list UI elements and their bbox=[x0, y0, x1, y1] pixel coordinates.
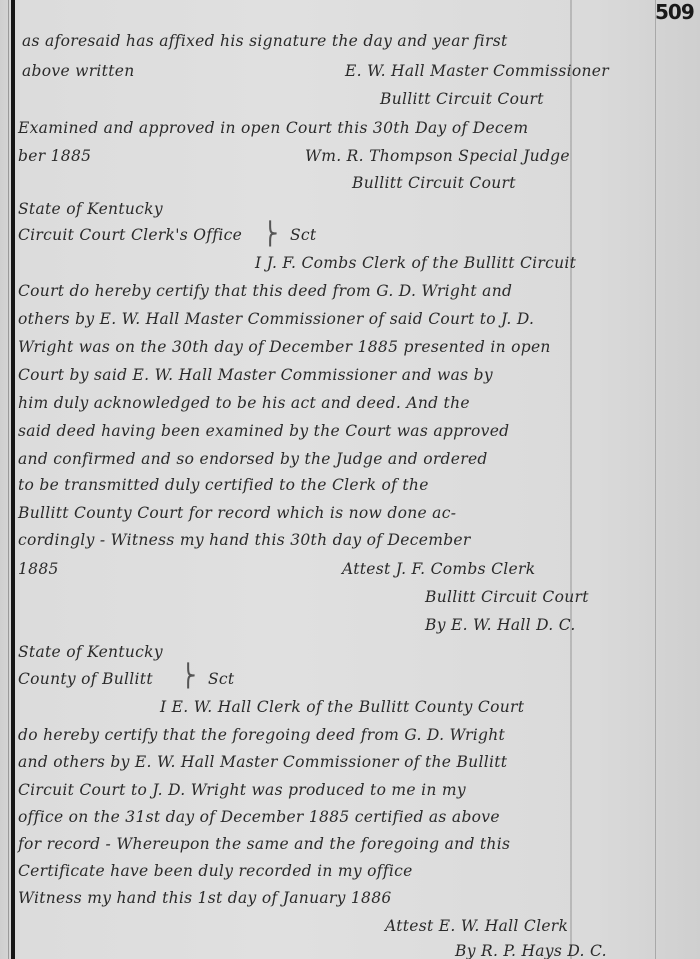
handwritten-line: Bullitt County Court for record which is… bbox=[18, 504, 456, 522]
handwritten-line: as aforesaid has affixed his signature t… bbox=[22, 32, 507, 50]
handwritten-line: By R. P. Hays D. C. bbox=[455, 942, 607, 959]
handwritten-line: and confirmed and so endorsed by the Jud… bbox=[18, 450, 488, 468]
handwritten-line: Wright was on the 30th day of December 1… bbox=[18, 338, 551, 356]
left-margin-rule bbox=[11, 0, 15, 959]
brace-glyph: ⎬ bbox=[262, 222, 279, 247]
handwritten-line: Sct bbox=[208, 670, 234, 688]
handwritten-line: Attest J. F. Combs Clerk bbox=[342, 560, 535, 578]
handwritten-line: said deed having been examined by the Co… bbox=[18, 422, 509, 440]
handwritten-line: Examined and approved in open Court this… bbox=[18, 119, 528, 137]
handwritten-line: Court do hereby certify that this deed f… bbox=[18, 282, 512, 300]
handwritten-line: E. W. Hall Master Commissioner bbox=[345, 62, 609, 80]
page-number: 509 bbox=[655, 0, 694, 24]
handwritten-line: 1885 bbox=[18, 560, 59, 578]
handwritten-line: Certificate have been duly recorded in m… bbox=[18, 862, 413, 880]
handwritten-line: Bullitt Circuit Court bbox=[352, 174, 516, 192]
right-margin-rule bbox=[655, 0, 656, 959]
binding-edge bbox=[8, 0, 9, 959]
handwritten-line: others by E. W. Hall Master Commissioner… bbox=[18, 310, 534, 328]
faint-column-rule bbox=[570, 0, 572, 959]
handwritten-line: Court by said E. W. Hall Master Commissi… bbox=[18, 366, 493, 384]
brace-glyph: ⎬ bbox=[180, 664, 197, 689]
handwritten-line: Bullitt Circuit Court bbox=[425, 588, 589, 606]
handwritten-line: Circuit Court to J. D. Wright was produc… bbox=[18, 781, 466, 799]
handwritten-line: By E. W. Hall D. C. bbox=[425, 616, 576, 634]
handwritten-line: him duly acknowledged to be his act and … bbox=[18, 394, 470, 412]
handwritten-line: Attest E. W. Hall Clerk bbox=[385, 917, 568, 935]
handwritten-line: above written bbox=[22, 62, 135, 80]
handwritten-line: and others by E. W. Hall Master Commissi… bbox=[18, 753, 507, 771]
handwritten-line: County of Bullitt bbox=[18, 670, 153, 688]
handwritten-line: Bullitt Circuit Court bbox=[380, 90, 544, 108]
handwritten-line: do hereby certify that the foregoing dee… bbox=[18, 726, 505, 744]
handwritten-line: State of Kentucky bbox=[18, 200, 163, 218]
handwritten-line: Witness my hand this 1st day of January … bbox=[18, 889, 392, 907]
handwritten-line: I J. F. Combs Clerk of the Bullitt Circu… bbox=[255, 254, 576, 272]
handwritten-line: to be transmitted duly certified to the … bbox=[18, 476, 429, 494]
handwritten-line: I E. W. Hall Clerk of the Bullitt County… bbox=[160, 698, 524, 716]
handwritten-line: State of Kentucky bbox=[18, 643, 163, 661]
handwritten-line: Wm. R. Thompson Special Judge bbox=[305, 147, 570, 165]
handwritten-line: Sct bbox=[290, 226, 316, 244]
handwritten-line: office on the 31st day of December 1885 … bbox=[18, 808, 500, 826]
handwritten-line: Circuit Court Clerk's Office bbox=[18, 226, 242, 244]
handwritten-line: for record - Whereupon the same and the … bbox=[18, 835, 510, 853]
handwritten-line: ber 1885 bbox=[18, 147, 91, 165]
handwritten-line: cordingly - Witness my hand this 30th da… bbox=[18, 531, 471, 549]
